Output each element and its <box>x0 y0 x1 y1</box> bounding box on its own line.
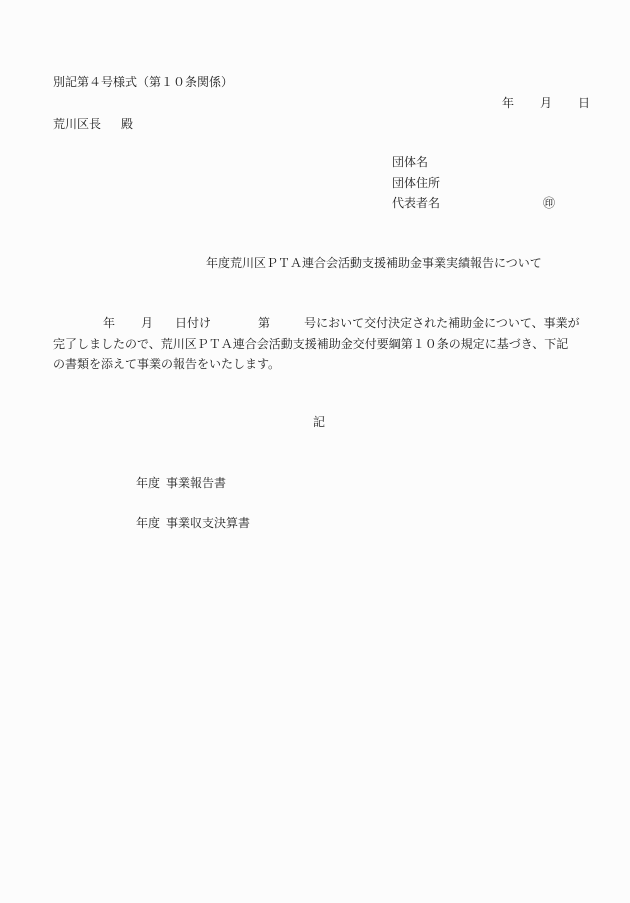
attachment-item: 年度事業報告書 <box>136 476 226 490</box>
org-name-label: 団体名 <box>392 155 428 169</box>
addressee: 荒川区長殿 <box>53 117 133 131</box>
body-dated: 日付け <box>175 316 211 330</box>
document-title: 年度荒川区ＰＴＡ連合会活動支援補助金事業実績報告について <box>206 256 542 270</box>
org-address-label: 団体住所 <box>392 176 440 190</box>
addressee-name: 荒川区長 <box>53 117 101 131</box>
attachment-fiscal-year: 年度 <box>136 516 160 530</box>
body-year: 年 <box>103 316 115 330</box>
body-number-prefix: 第 <box>258 316 270 330</box>
date-month: 月 <box>540 96 552 110</box>
ki-heading: 記 <box>313 415 325 429</box>
attachment-name: 事業収支決算書 <box>166 516 250 530</box>
date-year: 年 <box>502 96 514 110</box>
seal-icon: ㊞ <box>543 196 555 210</box>
attachment-name: 事業報告書 <box>166 476 226 490</box>
date-day: 日 <box>578 96 590 110</box>
body-line-3: の書類を添えて事業の報告をいたします。 <box>53 357 280 371</box>
body-month: 月 <box>141 316 153 330</box>
form-id: 別記第４号様式（第１０条関係） <box>53 75 233 89</box>
attachment-fiscal-year: 年度 <box>136 476 160 490</box>
addressee-honorific: 殿 <box>121 117 133 131</box>
body-line1-rest: 号において交付決定された補助金について、事業が <box>304 316 580 330</box>
body-line-2: 完了しましたので、荒川区ＰＴＡ連合会活動支援補助金交付要綱第１０条の規定に基づき… <box>53 337 568 351</box>
attachment-item: 年度事業収支決算書 <box>136 516 250 530</box>
org-representative-label: 代表者名 <box>392 196 440 210</box>
body-line-1: 年月日付け第号において交付決定された補助金について、事業が <box>103 316 580 330</box>
date-row: 年月日 <box>502 96 590 110</box>
